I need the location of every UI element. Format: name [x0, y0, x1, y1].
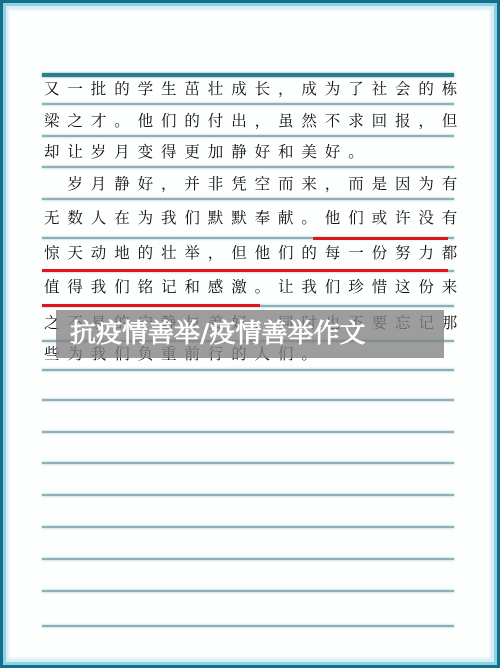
essay-line: 梁之才。他们的付出，虽然不求回报，但: [44, 111, 454, 131]
rule-line: [42, 625, 454, 627]
rule-line: [42, 399, 454, 401]
title-banner-text: 抗疫情善举/疫情善举作文: [70, 314, 366, 354]
rule-line: [42, 526, 454, 528]
essay-line: 岁月静好，并非凭空而来，而是因为有: [44, 174, 454, 194]
rule-line: [42, 135, 454, 137]
essay-line: 又一批的学生茁壮成长，成为了社会的栋: [44, 79, 454, 99]
rule-line: [42, 590, 454, 592]
rule-line: [42, 431, 454, 433]
essay-line: 惊天动地的壮举，但他们的每一份努力都: [44, 243, 454, 263]
rule-line: [42, 198, 454, 200]
top-rule: [42, 73, 454, 77]
rule-line: [42, 558, 454, 560]
rule-line: [42, 103, 454, 105]
essay-line: 却让岁月变得更加静好和美好。: [44, 142, 454, 162]
rule-line: [42, 166, 454, 168]
essay-line: 值得我们铭记和感激。让我们珍惜这份来: [44, 277, 454, 297]
rule-line: [42, 369, 454, 371]
highlight-underline: [42, 269, 448, 272]
rule-line: [42, 462, 454, 464]
essay-line: 无数人在为我们默默奉献。他们或许没有: [44, 208, 454, 228]
rule-line: [42, 494, 454, 496]
highlight-underline: [313, 237, 448, 240]
highlight-underline: [42, 304, 260, 307]
